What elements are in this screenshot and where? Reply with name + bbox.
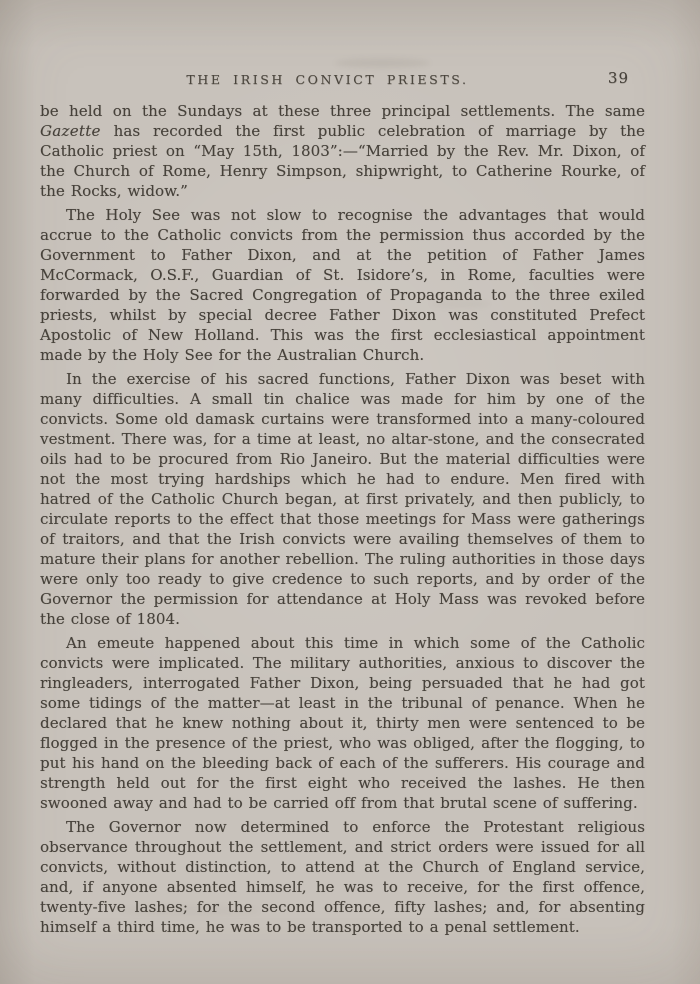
paragraph-continuation: be held on the Sundays at these three pr… xyxy=(40,101,645,201)
paragraph-sacred-functions: In the exercise of his sacred functions,… xyxy=(40,369,645,629)
running-header: THE IRISH CONVICT PRIESTS. 39 xyxy=(40,72,645,92)
paragraph-text: be held on the Sundays at these three pr… xyxy=(40,102,645,120)
paragraph-text: has recorded the first public celebratio… xyxy=(40,122,645,200)
paragraph-emeute: An emeute happened about this time in wh… xyxy=(40,633,645,813)
italic-word-gazette: Gazette xyxy=(40,122,101,140)
paragraph-holy-see: The Holy See was not slow to recognise t… xyxy=(40,205,645,365)
running-header-title: THE IRISH CONVICT PRIESTS. xyxy=(40,72,645,87)
paragraph-governor: The Governor now determined to enforce t… xyxy=(40,817,645,937)
page-number: 39 xyxy=(608,69,629,87)
body-text: be held on the Sundays at these three pr… xyxy=(40,101,645,941)
show-through-smudge xyxy=(335,58,430,68)
scanned-book-page: THE IRISH CONVICT PRIESTS. 39 be held on… xyxy=(0,0,700,984)
